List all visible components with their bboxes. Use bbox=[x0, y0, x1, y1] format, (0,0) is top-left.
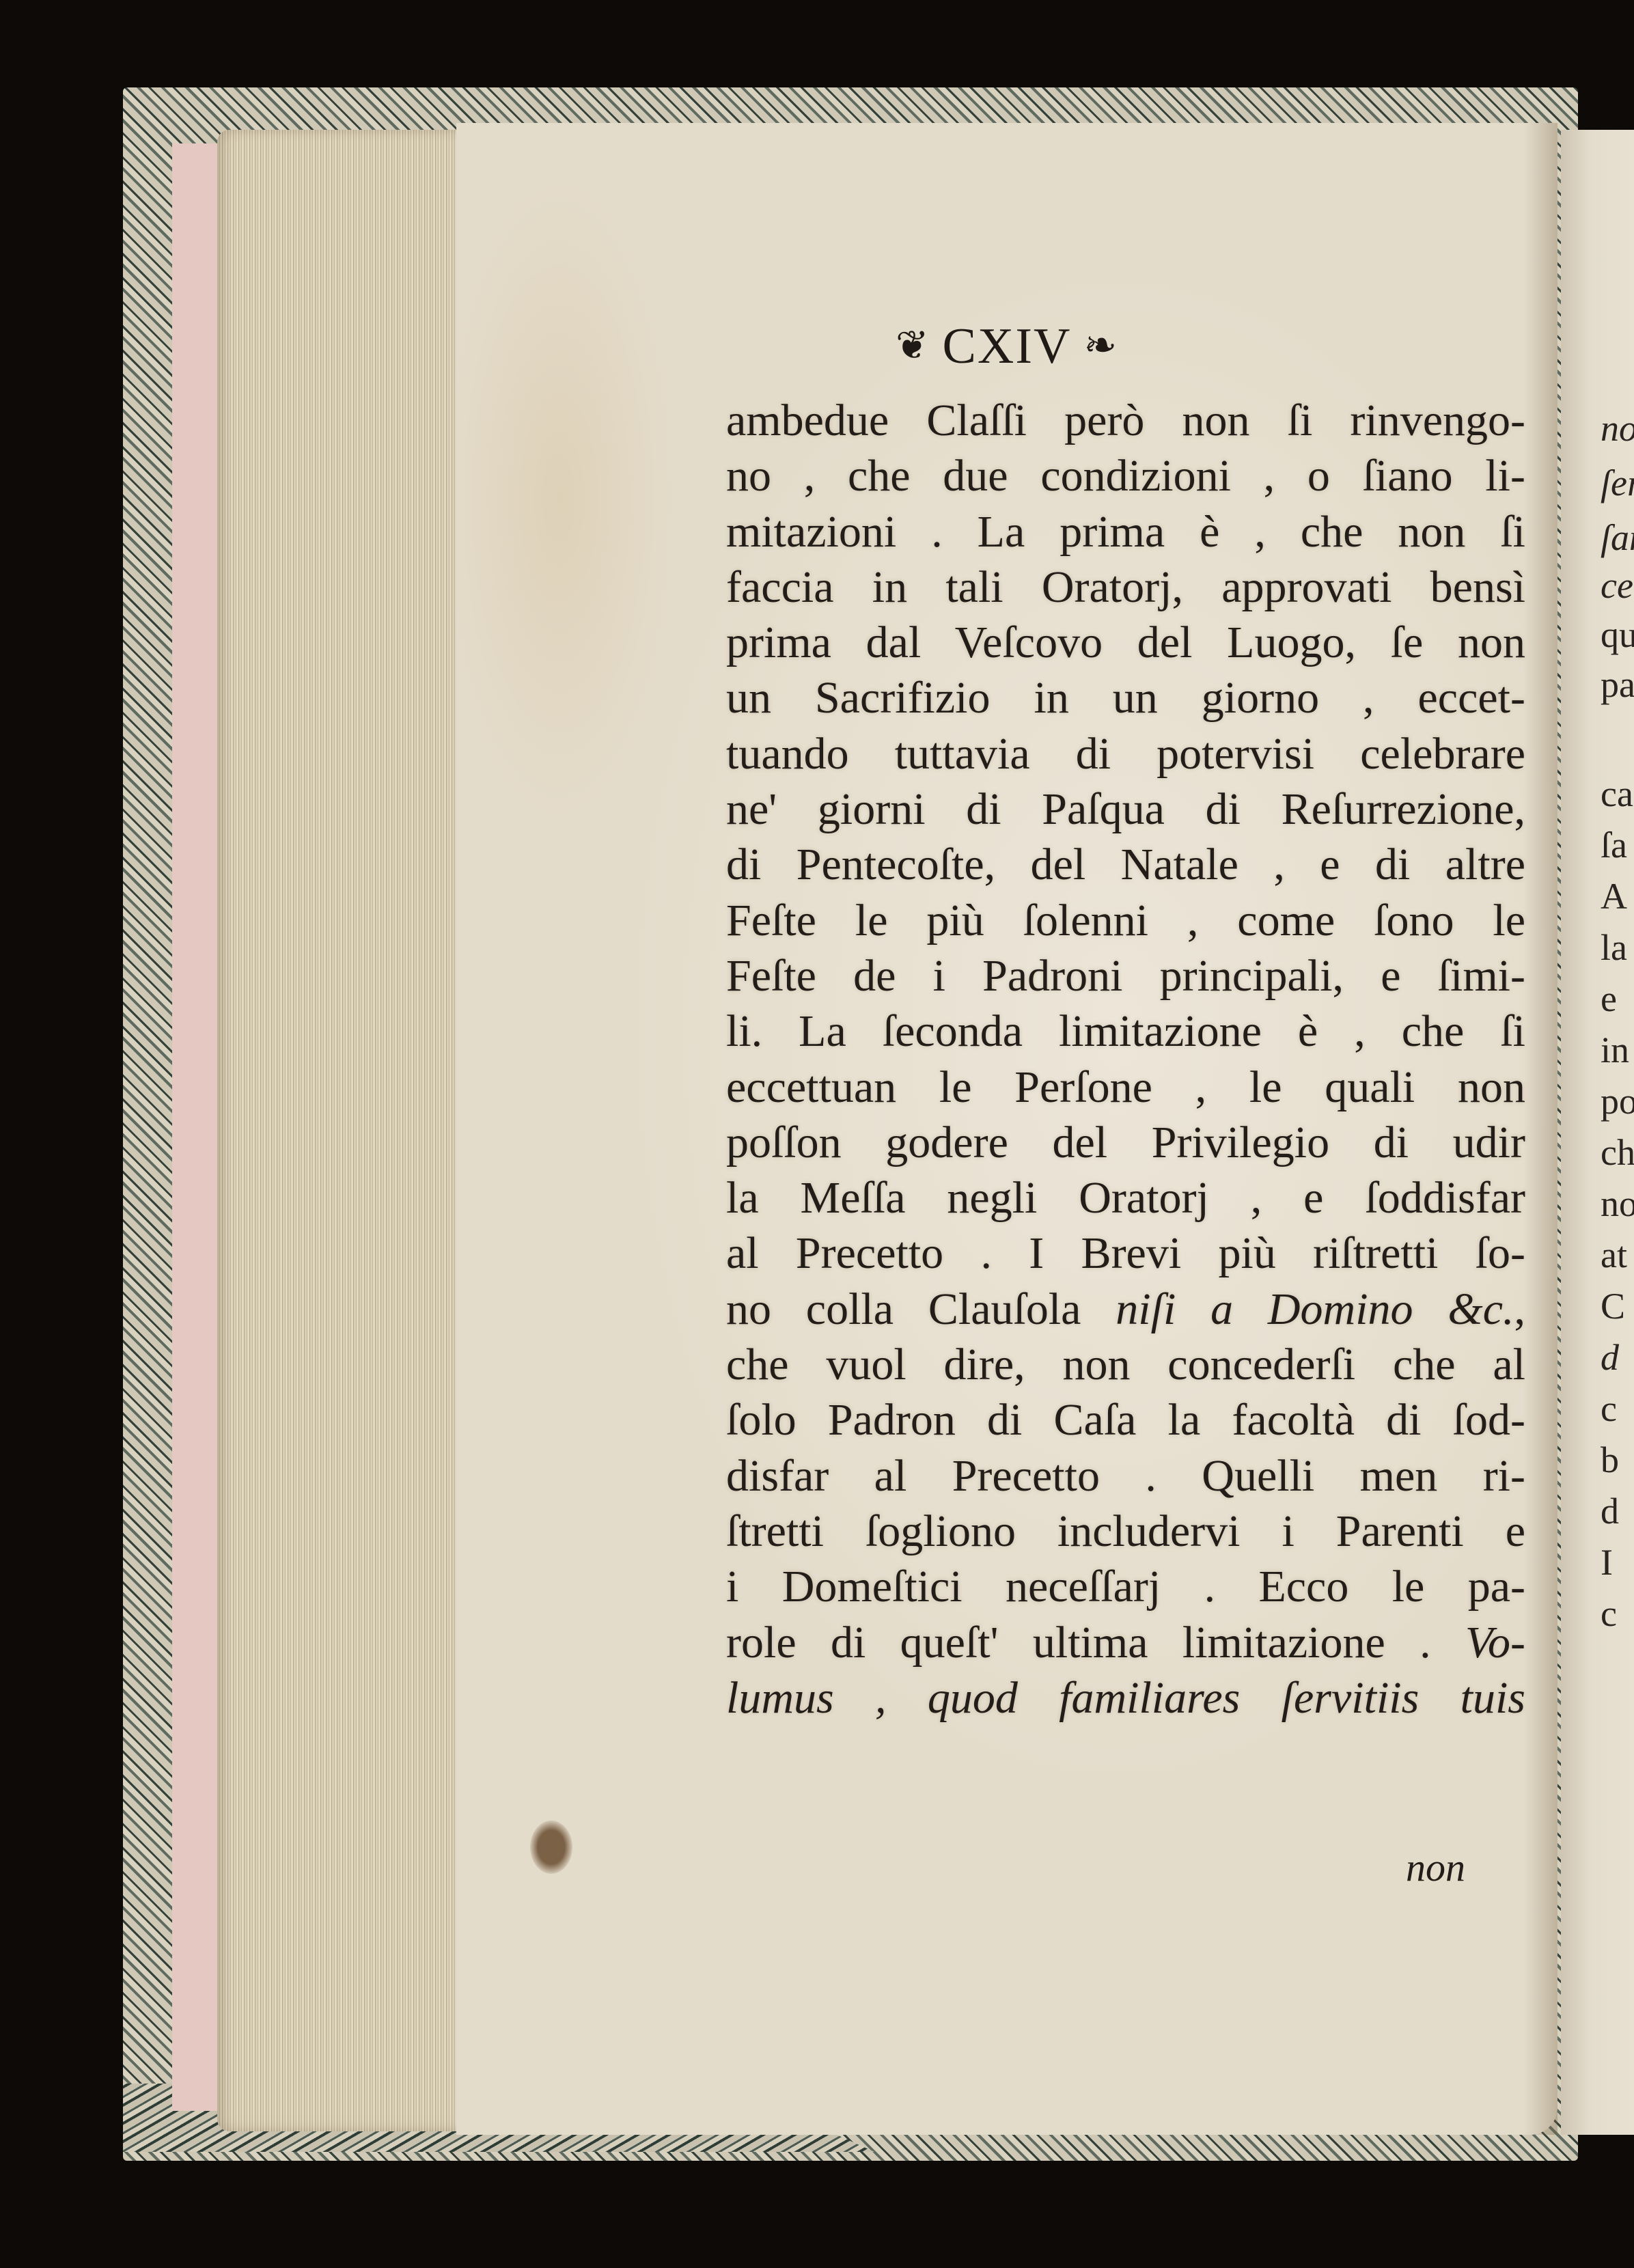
running-head: ❦CXIV❧ bbox=[456, 318, 1557, 376]
facing-fragment: la bbox=[1601, 929, 1627, 966]
gutter-shadow bbox=[1523, 123, 1557, 2135]
foxing-stain bbox=[530, 1821, 572, 1874]
facing-fragment: C bbox=[1601, 1288, 1625, 1325]
facing-fragment: ce bbox=[1601, 567, 1633, 604]
body-text: ambedue Claſſi però non ſi rinvengo- no … bbox=[726, 393, 1525, 1726]
facing-fragment: d bbox=[1601, 1493, 1619, 1530]
fleuron-left-icon: ❦ bbox=[896, 323, 930, 368]
latin-quote: niſi a Domino &c. bbox=[1116, 1284, 1514, 1334]
text-line: Feſte le più ſolenni , come ſono le bbox=[726, 893, 1525, 948]
text-line: ambedue Claſſi però non ſi rinvengo- bbox=[726, 393, 1525, 448]
facing-fragment: c bbox=[1601, 1595, 1617, 1632]
facing-fragment: ſer bbox=[1601, 465, 1634, 501]
page-edges-stack bbox=[217, 130, 460, 2131]
facing-fragment: d bbox=[1601, 1339, 1619, 1376]
fleuron-right-icon: ❧ bbox=[1083, 323, 1118, 368]
facing-fragment: I bbox=[1601, 1544, 1613, 1581]
text-line: no , che due condizioni , o ſiano li- bbox=[726, 448, 1525, 503]
latin-quote: Vo- bbox=[1465, 1618, 1525, 1668]
text-line-italic: lumus , quod familiares ſervitiis tuis bbox=[726, 1670, 1525, 1726]
text-line: un Sacrifizio in un giorno , eccet- bbox=[726, 670, 1525, 725]
page-number: CXIV bbox=[943, 318, 1072, 374]
text-line-mixed: no colla Clauſola niſi a Domino &c., bbox=[726, 1282, 1525, 1337]
roman-text: role di queſt' ultima limitazione . bbox=[726, 1618, 1465, 1668]
latin-quote: lumus , quod familiares ſervitiis tuis bbox=[726, 1673, 1525, 1723]
text-line: Feſte de i Padroni principali, e ſimi- bbox=[726, 948, 1525, 1004]
facing-fragment: at bbox=[1601, 1236, 1627, 1273]
text-line: disfar al Precetto . Quelli men ri- bbox=[726, 1448, 1525, 1504]
recto-page-edge: no ſer ſan ce qu pa ca ſa A la e in po c… bbox=[1561, 130, 1634, 2135]
facing-fragment: ſan bbox=[1601, 519, 1634, 556]
facing-fragment: ch bbox=[1601, 1134, 1634, 1171]
roman-text: no colla Clauſola bbox=[726, 1284, 1116, 1334]
facing-fragment: e bbox=[1601, 980, 1617, 1017]
facing-fragment: A bbox=[1601, 878, 1627, 915]
text-line: ſolo Padron di Caſa la facoltà di ſod- bbox=[726, 1392, 1525, 1448]
text-line: ne' giorni di Paſqua di Reſurrezione, bbox=[726, 782, 1525, 837]
text-line: prima dal Veſcovo del Luogo, ſe non bbox=[726, 615, 1525, 670]
text-line: di Pentecoſte, del Natale , e di altre bbox=[726, 837, 1525, 892]
text-line-mixed: role di queſt' ultima limitazione . Vo- bbox=[726, 1615, 1525, 1670]
text-line: tuando tuttavia di potervisi celebrare bbox=[726, 726, 1525, 782]
text-line: mitazioni . La prima è , che non ſi bbox=[726, 504, 1525, 559]
text-line: la Meſſa negli Oratorj , e ſoddisfar bbox=[726, 1170, 1525, 1226]
pink-endpaper bbox=[172, 143, 219, 2111]
text-line: eccettuan le Perſone , le quali non bbox=[726, 1060, 1525, 1115]
facing-fragment: ca bbox=[1601, 775, 1633, 812]
text-line: che vuol dire, non concederſi che al bbox=[726, 1337, 1525, 1392]
facing-fragment: po bbox=[1601, 1083, 1634, 1120]
catchword: non bbox=[1406, 1844, 1465, 1890]
facing-fragment: no bbox=[1601, 410, 1634, 447]
facing-fragment: qu bbox=[1601, 616, 1634, 653]
facing-fragment: pa bbox=[1601, 666, 1634, 703]
facing-fragment: ſa bbox=[1601, 827, 1627, 863]
facing-fragment: no bbox=[1601, 1185, 1634, 1222]
text-line: i Domeſtici neceſſarj . Ecco le pa- bbox=[726, 1559, 1525, 1614]
text-line: faccia in tali Oratorj, approvati bensì bbox=[726, 559, 1525, 615]
verso-page: ❦CXIV❧ ambedue Claſſi però non ſi rinven… bbox=[456, 123, 1557, 2135]
text-line: ſtretti ſogliono includervi i Parenti e bbox=[726, 1504, 1525, 1559]
facing-fragment: c bbox=[1601, 1390, 1617, 1427]
text-line: li. La ſeconda limitazione è , che ſi bbox=[726, 1004, 1525, 1059]
text-line: poſſon godere del Privilegio di udir bbox=[726, 1115, 1525, 1170]
facing-fragment: in bbox=[1601, 1032, 1629, 1068]
facing-fragment: b bbox=[1601, 1441, 1619, 1478]
text-line: al Precetto . I Brevi più riſtretti ſo- bbox=[726, 1226, 1525, 1281]
